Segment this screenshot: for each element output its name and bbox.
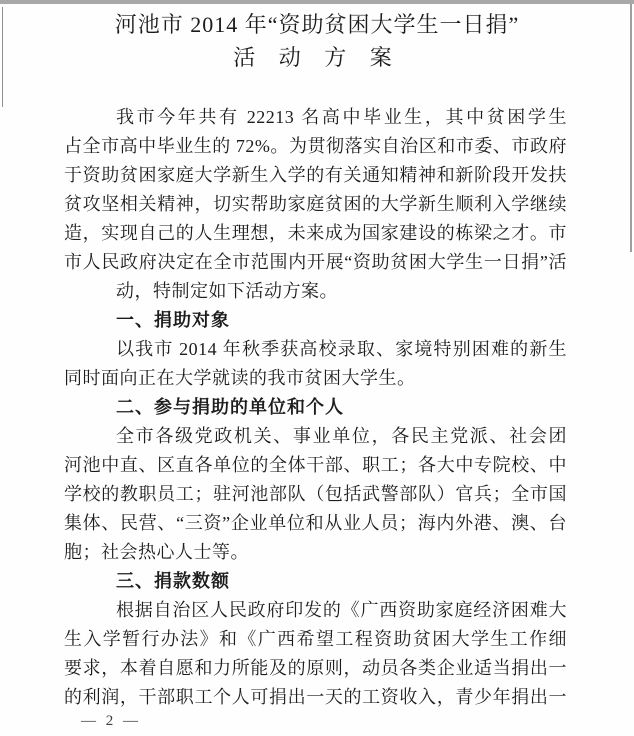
scan-top-edge-artifact (0, 0, 634, 4)
document-page: 河池市 2014 年“资助贫困大学生一日捐” 活 动 方 案 我市今年共有 22… (0, 0, 634, 736)
paragraph-4-line-1: 根据自治区人民政府印发的《广西资助家庭经济困难大学新 (64, 596, 567, 625)
paragraph-1-line-3: 于资助贫困家庭大学新生入学的有关通知精神和新阶段开发扶 (64, 161, 567, 190)
paragraph-3-line-2: 河池中直、区直各单位的全体干部、职工；各大中专院校、中小 (64, 451, 567, 480)
paragraph-3-line-1: 全市各级党政机关、事业单位，各民主党派、社会团体，驻 (64, 422, 567, 451)
paragraph-1-line-2: 占全市高中毕业生的 72%。为贯彻落实自治区和市委、市政府关 (64, 132, 567, 161)
section-heading-1: 一、捐助对象 (64, 306, 567, 335)
paragraph-3-line-4: 集体、民营、“三资”企业单位和从业人员；海内外港、澳、台同 (64, 509, 567, 538)
page-number: — 2 — (81, 710, 141, 732)
paragraph-4-line-3: 要求，本着自愿和力所能及的原则，动员各类企业适当捐出一定 (64, 654, 567, 683)
paragraph-1-line-6: 市人民政府决定在全市范围内开展“资助贫困大学生一日捐”活 (64, 248, 567, 277)
paragraph-4-line-4: 的利润，干部职工个人可捐出一天的工资收入，青少年捐出一天的 (64, 683, 567, 712)
paragraph-3-line-3: 学校的教职员工；驻河池部队（包括武警部队）官兵；全市国有、 (64, 480, 567, 509)
paragraph-4-line-2: 生入学暂行办法》和《广西希望工程资助贫困大学生工作细则》 (64, 625, 567, 654)
paragraph-3-line-5: 胞；社会热心人士等。 (64, 538, 567, 567)
doc-title-line-1: 河池市 2014 年“资助贫困大学生一日捐” (0, 8, 634, 42)
paragraph-1-line-4: 贫攻坚相关精神，切实帮助家庭贫困的大学新生顺利入学继续深 (64, 190, 567, 219)
section-heading-2: 二、参与捐助的单位和个人 (64, 393, 567, 422)
paragraph-1-line-5: 造，实现自己的人生理想，未来成为国家建设的栋梁之才。市委、 (64, 219, 567, 248)
paragraph-2-line-1: 以我市 2014 年秋季获高校录取、家境特别困难的新生为主， (64, 335, 567, 364)
document-body: 我市今年共有 22213 名高中毕业生，其中贫困学生 15993 名， 占全市高… (64, 103, 567, 712)
doc-title-line-2: 活 动 方 案 (0, 42, 634, 74)
paragraph-1-line-7: 动，特制定如下活动方案。 (64, 277, 567, 306)
paragraph-1-line-1: 我市今年共有 22213 名高中毕业生，其中贫困学生 15993 名， (64, 103, 567, 132)
section-heading-3: 三、捐款数额 (64, 567, 567, 596)
paragraph-2-line-2: 同时面向正在大学就读的我市贫困大学生。 (64, 364, 567, 393)
document-title: 河池市 2014 年“资助贫困大学生一日捐” 活 动 方 案 (0, 8, 634, 74)
